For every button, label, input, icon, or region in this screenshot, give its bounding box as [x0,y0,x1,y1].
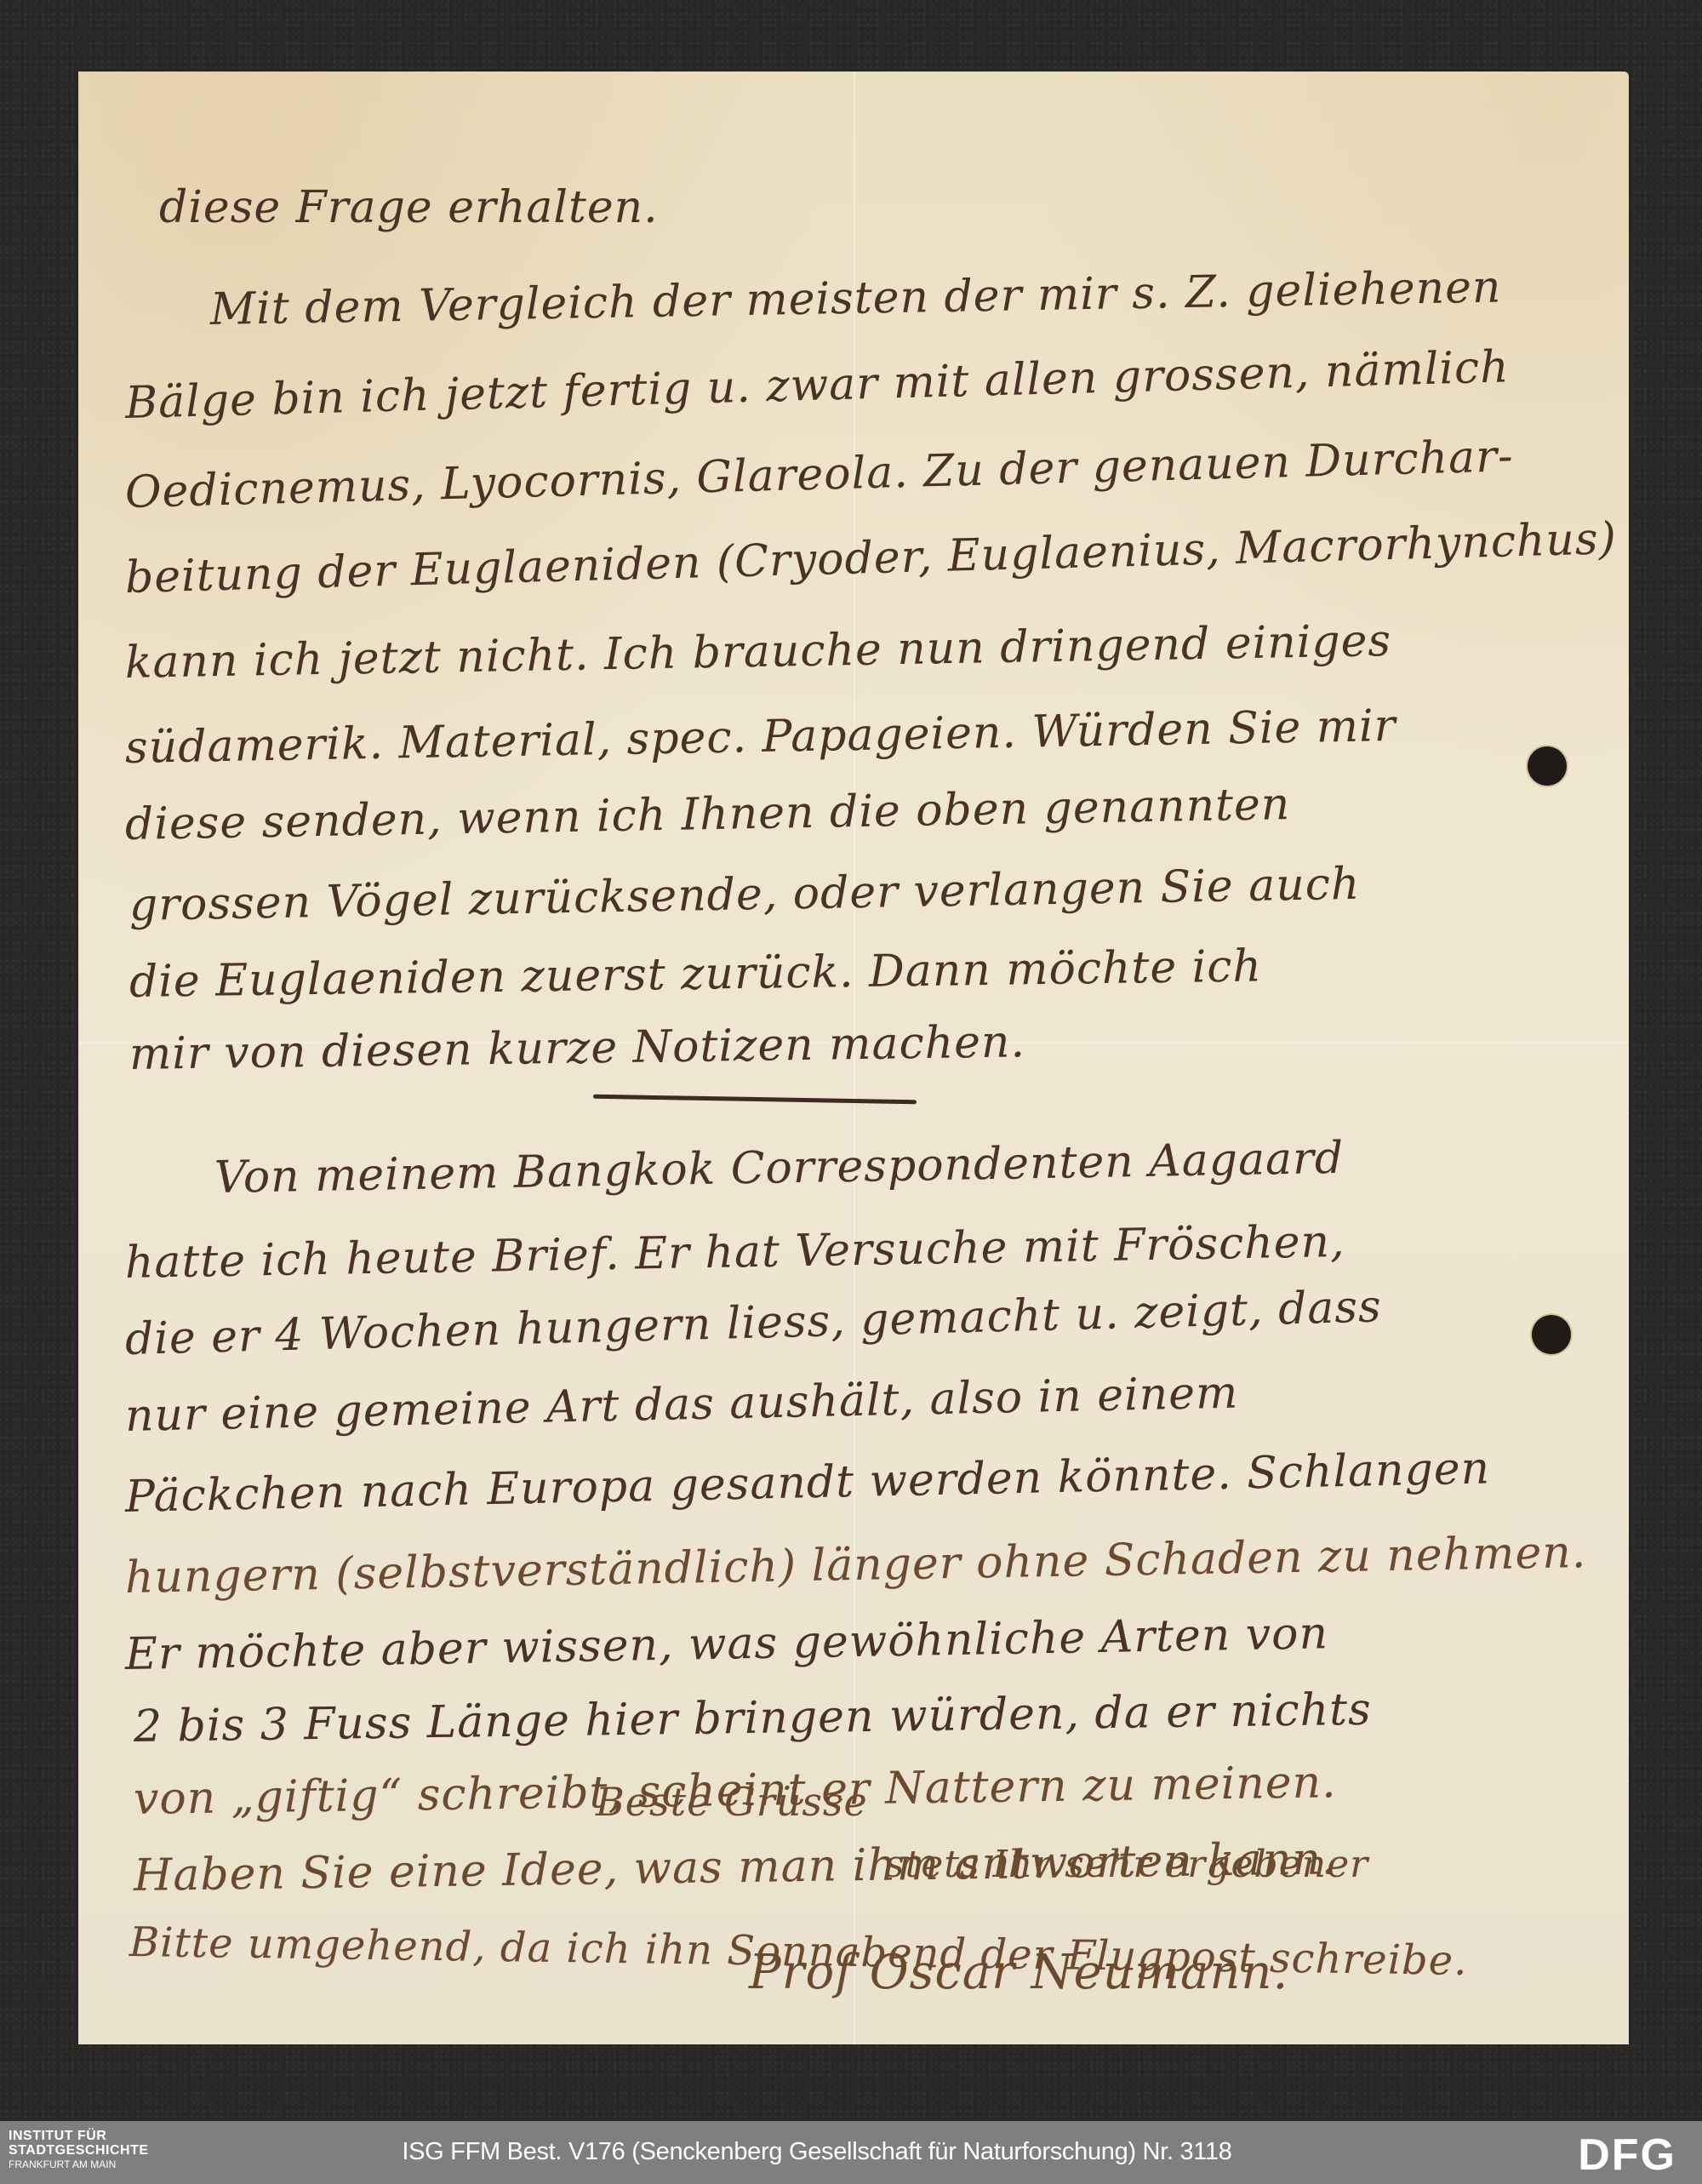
punch-hole-icon [1532,1315,1571,1354]
closing-greeting: Beste Grüsse [596,1779,868,1825]
section-divider [593,1095,917,1105]
letter-page: diese Frage erhalten. Mit dem Vergleich … [78,71,1629,2044]
institute-name-line2: STADTGESCHICHTE [9,2144,149,2158]
dfg-logo: DFG [1578,2133,1676,2177]
archive-reference-caption: ISG FFM Best. V176 (Senckenberg Gesellsc… [357,2138,1276,2166]
handwritten-line: 2 bis 3 Fuss Länge hier bringen würden, … [134,1684,1373,1752]
handwritten-line: hungern (selbstverständlich) länger ohne… [124,1527,1586,1604]
signature: Prof Oscar Neumann. [749,1945,1288,2000]
handwritten-line: Oedicnemus, Lyocornis, Glareola. Zu der … [124,431,1514,518]
archive-footer-bar: INSTITUT FÜR STADTGESCHICHTE FRANKFURT A… [0,2121,1702,2184]
closing-phrase: stets Ihr sehr ergebener [885,1843,1368,1886]
handwritten-line: nur eine gemeine Art das aushält, also i… [124,1368,1238,1442]
handwritten-line: grossen Vögel zurücksende, oder verlange… [129,859,1360,931]
handwritten-line: diese Frage erhalten. [159,182,659,233]
handwritten-line: südamerik. Material, spec. Papageien. Wü… [124,700,1396,774]
handwritten-line: kann ich jetzt nicht. Ich brauche nun dr… [124,615,1391,689]
handwritten-line: beitung der Euglaeniden (Cryoder, Euglae… [124,513,1617,603]
punch-hole-icon [1528,746,1567,786]
handwritten-line: mir von diesen kurze Notizen machen. [129,1016,1026,1080]
institute-logo: INSTITUT FÜR STADTGESCHICHTE FRANKFURT A… [9,2130,149,2170]
handwritten-line: Mit dem Vergleich der meisten der mir s.… [209,262,1501,335]
handwritten-line: die er 4 Wochen hungern liess, gemacht u… [124,1281,1382,1365]
handwritten-line: Bälge bin ich jetzt fertig u. zwar mit a… [124,341,1510,429]
institute-name-line1: INSTITUT FÜR [9,2130,149,2143]
institute-city: FRANKFURT AM MAIN [9,2159,149,2170]
handwritten-line: diese senden, wenn ich Ihnen die oben ge… [124,779,1290,850]
handwritten-line: die Euglaeniden zuerst zurück. Dann möch… [129,940,1263,1008]
handwritten-line: Er möchte aber wissen, was gewöhnliche A… [124,1608,1328,1680]
handwritten-line: Von meinem Bangkok Correspondenten Aagaa… [214,1133,1344,1203]
handwritten-line: hatte ich heute Brief. Er hat Versuche m… [124,1216,1345,1289]
handwritten-line: Päckchen nach Europa gesandt werden könn… [124,1443,1490,1523]
